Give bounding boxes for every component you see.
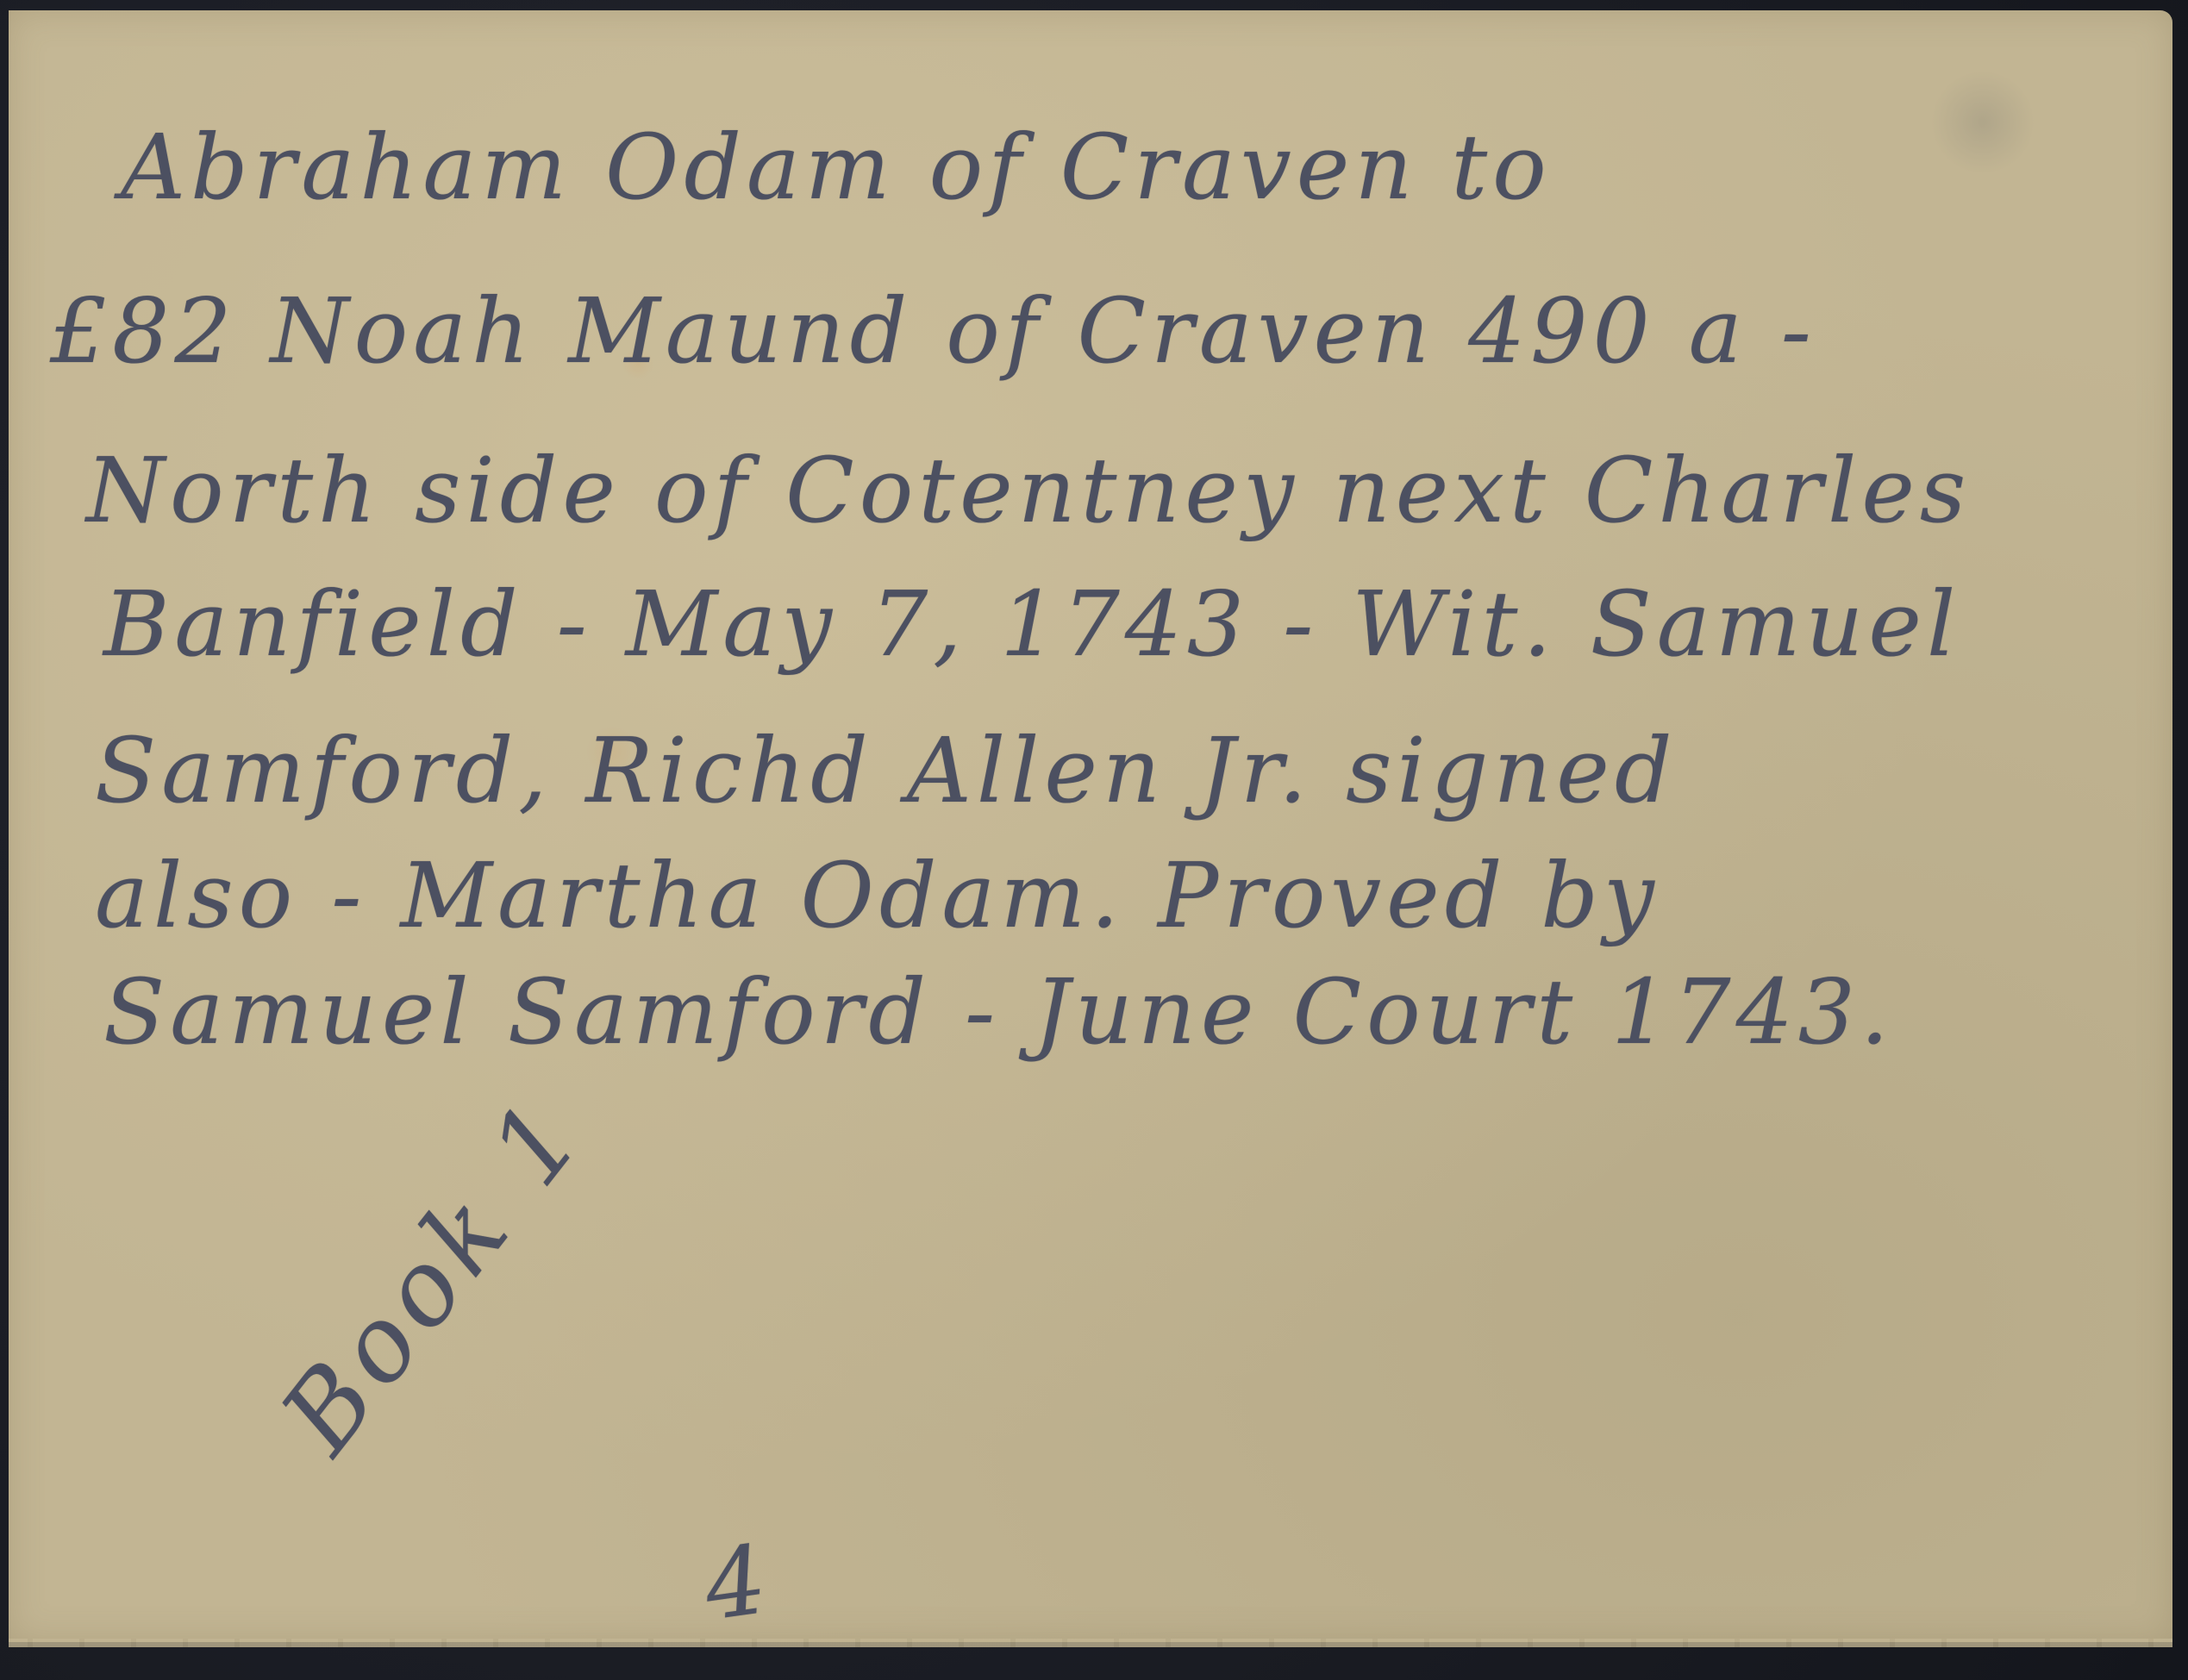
card-line-3: North side of Cotentney next Charles xyxy=(86,446,1971,535)
card-line-7: Samuel Samford - June Court 1743. xyxy=(103,967,1894,1057)
index-card: Abraham Odam of Craven to £82 Noah Maund… xyxy=(9,10,2172,1642)
card-line-2: £82 Noah Maund of Craven 490 a - xyxy=(50,286,1816,376)
book-annotation: Book 1 xyxy=(259,1075,608,1475)
card-line-6: also - Martha Odam. Proved by xyxy=(95,851,1660,940)
card-line-1: Abraham Odam of Craven to xyxy=(121,122,1552,212)
card-line-5: Samford, Richd Allen Jr. signed xyxy=(95,726,1677,815)
page-number: 4 xyxy=(697,1523,778,1641)
card-line-4: Banfield - May 7, 1743 - Wit. Samuel xyxy=(103,579,1960,669)
